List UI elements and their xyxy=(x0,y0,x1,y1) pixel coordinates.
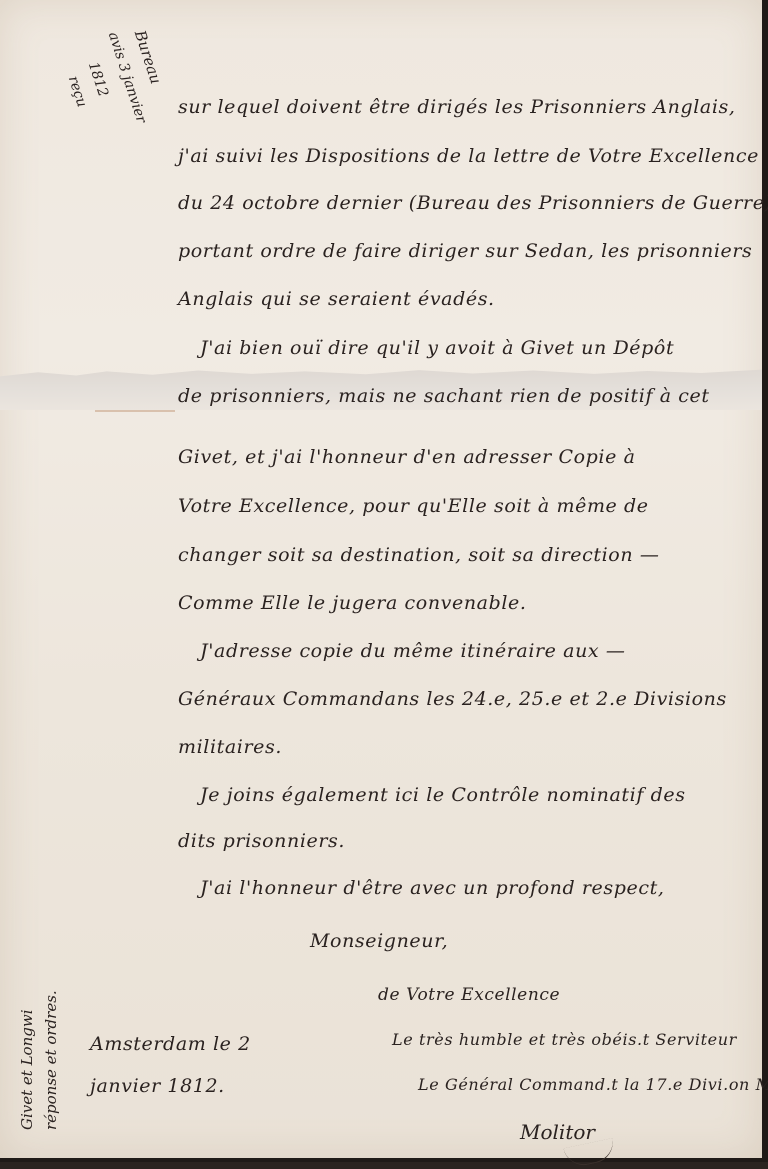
body-line: Généraux Commandans les 24.e, 25.e et 2.… xyxy=(178,688,727,710)
date-line: janvier 1812. xyxy=(90,1075,225,1097)
closing-line: de Votre Excellence xyxy=(378,985,560,1005)
stain-mark xyxy=(95,410,175,412)
body-line: Comme Elle le jugera convenable. xyxy=(178,592,527,614)
margin-note-line: Givet et Longwi xyxy=(18,1010,36,1131)
signature: Molitor xyxy=(520,1120,595,1144)
closing-line: Le très humble et très obéis.t Serviteur xyxy=(392,1030,737,1049)
body-line: du 24 octobre dernier (Bureau des Prison… xyxy=(178,192,768,214)
page-edge-bottom xyxy=(0,1158,768,1162)
body-line: J'ai l'honneur d'être avec un profond re… xyxy=(200,877,664,899)
body-line: dits prisonniers. xyxy=(178,830,345,852)
body-line: sur lequel doivent être dirigés les Pris… xyxy=(178,96,736,118)
body-line: militaires. xyxy=(178,736,282,758)
body-line: Anglais qui se seraient évadés. xyxy=(178,288,495,310)
margin-note-line: réponse et ordres. xyxy=(42,990,60,1130)
body-line: J'adresse copie du même itinéraire aux — xyxy=(200,640,626,662)
page-edge-right xyxy=(762,0,768,1162)
body-line: Je joins également ici le Contrôle nomin… xyxy=(200,784,686,806)
body-line: de prisonniers, mais ne sachant rien de … xyxy=(178,385,710,407)
salutation: Monseigneur, xyxy=(310,930,448,952)
body-line: changer soit sa destination, soit sa dir… xyxy=(178,544,659,566)
body-line: Votre Excellence, pour qu'Elle soit à mê… xyxy=(178,495,649,517)
place-line: Amsterdam le 2 xyxy=(90,1033,251,1055)
body-line: Givet, et j'ai l'honneur d'en adresser C… xyxy=(178,446,636,468)
closing-line: Le Général Command.t la 17.e Divi.on M.r… xyxy=(418,1075,768,1094)
body-line: J'ai bien ouï dire qu'il y avoit à Givet… xyxy=(200,337,674,359)
body-line: portant ordre de faire diriger sur Sedan… xyxy=(178,240,752,262)
body-line: j'ai suivi les Dispositions de la lettre… xyxy=(178,145,759,167)
